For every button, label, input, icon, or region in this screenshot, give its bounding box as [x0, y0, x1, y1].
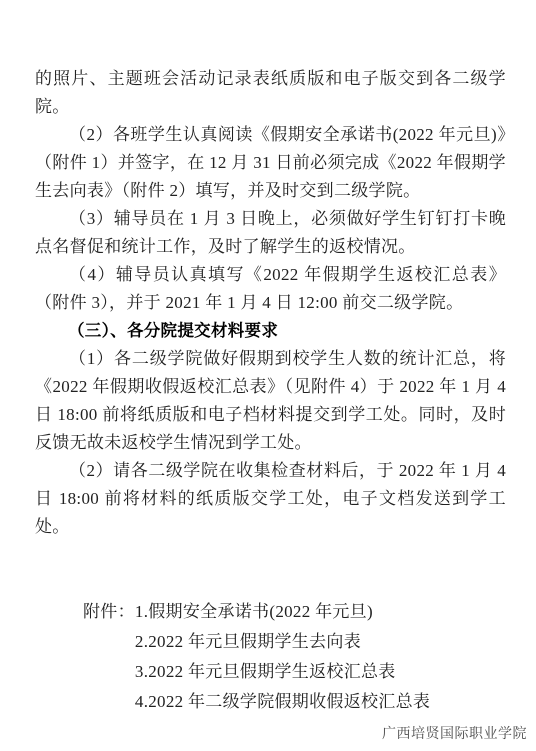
attachments-label: 附件：: [83, 597, 135, 627]
body-paragraph: （1）各二级学院做好假期到校学生人数的统计汇总，将《2022 年假期收假返校汇总…: [35, 345, 506, 457]
body-paragraph: （3）辅导员在 1 月 3 日晚上，必须做好学生钉钉打卡晚点名督促和统计工作，及…: [35, 205, 506, 261]
college-name-footer: 广西培贤国际职业学院: [382, 723, 527, 743]
attachments-block: 附件： 1.假期安全承诺书(2022 年元旦) 2.2022 年元旦假期学生去向…: [83, 597, 506, 717]
body-paragraph: （4）辅导员认真填写《2022 年假期学生返校汇总表》（附件 3），并于 202…: [35, 261, 506, 317]
section-heading: （三）、各分院提交材料要求: [35, 317, 506, 345]
attachment-item: 3.2022 年元旦假期学生返校汇总表: [135, 657, 430, 687]
attachment-item: 1.假期安全承诺书(2022 年元旦): [135, 597, 430, 627]
attachment-item: 2.2022 年元旦假期学生去向表: [135, 627, 430, 657]
attachments-list: 1.假期安全承诺书(2022 年元旦) 2.2022 年元旦假期学生去向表 3.…: [135, 597, 430, 717]
body-paragraph: （2）各班学生认真阅读《假期安全承诺书(2022 年元旦)》（附件 1）并签字，…: [35, 121, 506, 205]
document-page: 的照片、主题班会活动记录表纸质版和电子版交到各二级学院。 （2）各班学生认真阅读…: [0, 0, 536, 751]
attachment-item: 4.2022 年二级学院假期收假返校汇总表: [135, 687, 430, 717]
body-paragraph-continuation: 的照片、主题班会活动记录表纸质版和电子版交到各二级学院。: [35, 65, 506, 121]
document-body: 的照片、主题班会活动记录表纸质版和电子版交到各二级学院。 （2）各班学生认真阅读…: [35, 65, 506, 541]
body-paragraph: （2）请各二级学院在收集检查材料后，于 2022 年 1 月 4 日 18:00…: [35, 457, 506, 541]
